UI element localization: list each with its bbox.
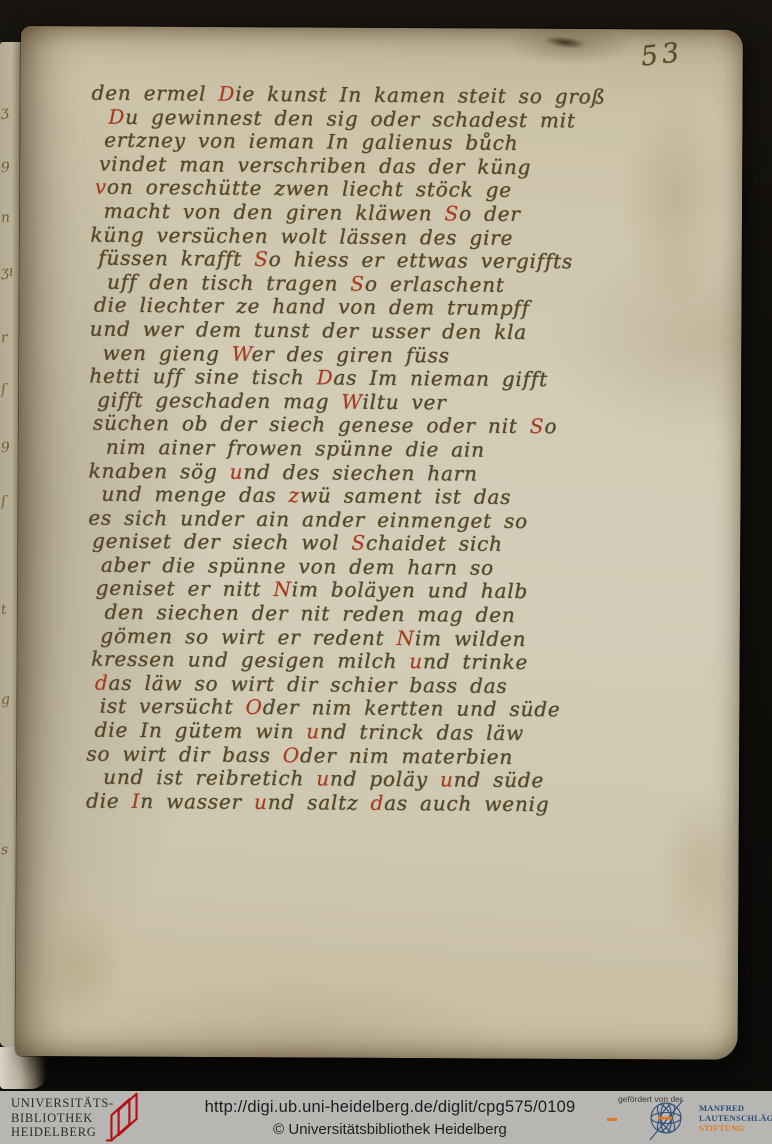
edge-ink-fragment: r	[0, 330, 8, 346]
funding-credit: gefördert von der MANFRED LAUTENSCHLÄGER…	[607, 1091, 772, 1144]
edge-ink-fragment: t	[0, 602, 7, 618]
manuscript-text: den ermel Die kunst In kamen steit so gr…	[86, 82, 680, 818]
edge-ink-fragment: ʒ	[0, 104, 9, 121]
stiftung-name-line1: MANFRED	[699, 1103, 772, 1113]
edge-ink-fragment: n	[0, 210, 10, 227]
parchment-stain	[36, 906, 127, 1026]
copyright-line: © Universitätsbibliothek Heidelberg	[160, 1121, 620, 1138]
edge-ink-fragment: 9	[0, 160, 10, 177]
scan-url: http://digi.ub.uni-heidelberg.de/diglit/…	[160, 1098, 620, 1117]
folio-number: 53	[639, 37, 685, 73]
manuscript-line: die In wasser und saltz das auch wenig	[86, 789, 674, 817]
stiftung-name: MANFRED LAUTENSCHLÄGER STIFTUNG	[699, 1103, 772, 1133]
edge-ink-fragment: ſ	[0, 382, 6, 398]
orange-dash	[607, 1118, 617, 1121]
footer-bar: UNIVERSITÄTS- BIBLIOTHEK HEIDELBERG http…	[0, 1091, 772, 1144]
stiftung-name-line2: LAUTENSCHLÄGER	[699, 1113, 772, 1123]
stiftung-name-line3: STIFTUNG	[699, 1123, 772, 1133]
edge-ink-fragment: ʒı	[0, 264, 13, 281]
ink-smudge	[543, 34, 586, 50]
edge-ink-fragment: 9	[0, 440, 10, 457]
edge-ink-fragment: ſ	[0, 494, 6, 510]
manuscript-page: 53 den ermel Die kunst In kamen steit so…	[16, 26, 743, 1060]
university-library-logo-icon	[98, 1092, 150, 1144]
manuscript-scan: ʒ9nʒırſ9ſtgs 53 den ermel Die kunst In k…	[0, 0, 772, 1144]
stiftung-globe-icon	[643, 1098, 689, 1144]
edge-ink-fragment: s	[0, 842, 8, 858]
edge-ink-fragment: g	[0, 692, 10, 709]
